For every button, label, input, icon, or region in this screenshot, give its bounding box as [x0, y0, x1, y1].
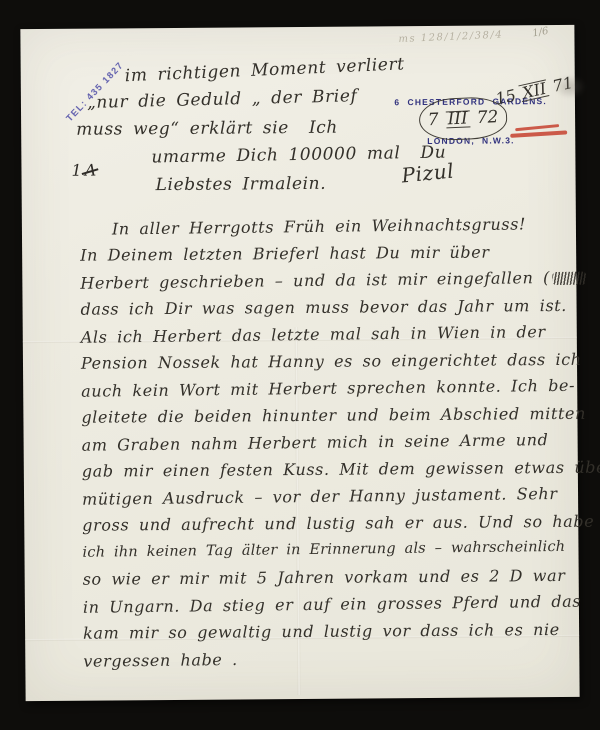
postscript-line: im richtigen Moment verliert: [124, 54, 405, 86]
circled-date-day: 7: [427, 110, 439, 130]
annotation-number: 1: [71, 161, 84, 180]
postscript-line: muss weg“ erklärt sie Ich: [76, 118, 338, 140]
page-marker-pencil: 1/6: [532, 26, 550, 40]
postscript-line: „nur die Geduld „ der Brief: [87, 86, 358, 113]
circled-date-year: 72: [476, 107, 498, 128]
archive-reference-pencil: ms 128/1/2/38/4: [398, 30, 503, 45]
signature: Pizul: [400, 159, 455, 188]
page-annotation-1a: 1A: [71, 161, 99, 180]
scribbled-out-word: [552, 272, 586, 285]
salutation-line: Liebstes Irmalein.: [156, 174, 327, 195]
scan-background: { "archival": { "reference": "ms 128/1/2…: [0, 0, 600, 730]
letter-body: In aller Herrgotts Früh ein Weihnachtsgr…: [80, 211, 574, 674]
body-line: In aller Herrgotts Früh ein Weihnachtsgr…: [112, 210, 570, 243]
eraser-smudge: [549, 71, 591, 103]
letter-paper: ms 128/1/2/38/4 1/6 TEL: 435 1827 6 CHES…: [20, 25, 579, 701]
circled-date-month: III: [445, 110, 470, 128]
annotation-letter-struck: A: [85, 161, 100, 180]
body-line: vergessen habe .: [83, 642, 573, 675]
